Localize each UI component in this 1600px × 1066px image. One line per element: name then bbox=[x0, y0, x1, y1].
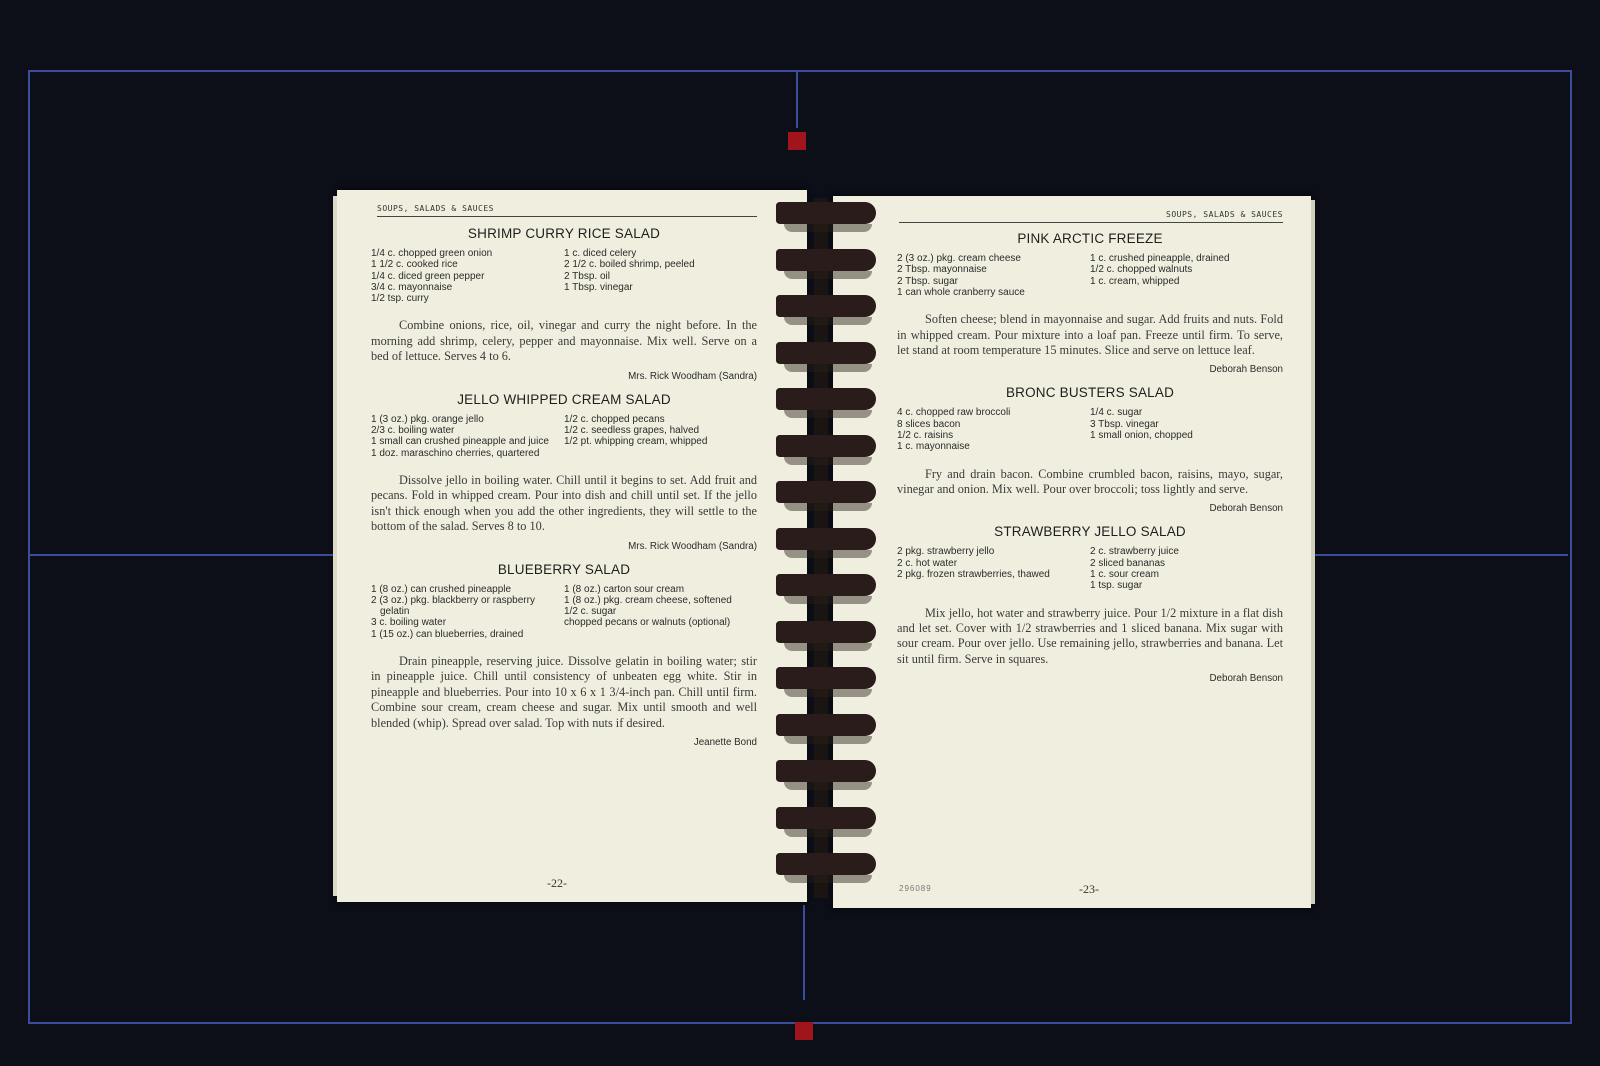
coil-shadow bbox=[784, 457, 872, 465]
ingredient-item: 1/4 c. chopped green onion bbox=[371, 248, 564, 259]
coil-loop bbox=[776, 621, 876, 643]
ingredient-list: 1 (3 oz.) pkg. orange jello2/3 c. boilin… bbox=[371, 414, 757, 459]
ingredient-item: 2 c. strawberry juice bbox=[1090, 546, 1283, 557]
coil-shadow bbox=[784, 829, 872, 837]
mid-guide-right bbox=[1312, 554, 1568, 556]
coil-loop bbox=[776, 528, 876, 550]
ingredient-column-right: 1/4 c. sugar3 Tbsp. vinegar1 small onion… bbox=[1090, 407, 1283, 452]
spiral-coil bbox=[776, 807, 876, 835]
ingredient-item: 1 (3 oz.) pkg. orange jello bbox=[371, 414, 564, 425]
recipe-title: BRONC BUSTERS SALAD bbox=[897, 385, 1283, 400]
coil-loop bbox=[776, 807, 876, 829]
recipe-author: Deborah Benson bbox=[897, 503, 1283, 514]
spiral-coil bbox=[776, 760, 876, 788]
ingredient-item: 1 c. diced celery bbox=[564, 248, 757, 259]
recipe-title: STRAWBERRY JELLO SALAD bbox=[897, 524, 1283, 539]
ingredient-item: 1 doz. maraschino cherries, quartered bbox=[371, 448, 564, 459]
running-header: SOUPS, SALADS & SAUCES bbox=[1166, 210, 1283, 219]
ingredient-column-right: 1 c. diced celery2 1/2 c. boiled shrimp,… bbox=[564, 248, 757, 304]
recipe-directions: Soften cheese; blend in mayonnaise and s… bbox=[897, 312, 1283, 358]
ingredient-item: 2 sliced bananas bbox=[1090, 558, 1283, 569]
ingredient-list: 2 (3 oz.) pkg. cream cheese2 Tbsp. mayon… bbox=[897, 253, 1283, 298]
coil-shadow bbox=[784, 782, 872, 790]
ingredient-item: 1 (8 oz.) carton sour cream bbox=[564, 584, 757, 595]
header-rule bbox=[899, 222, 1283, 223]
ingredient-item: 1 1/2 c. cooked rice bbox=[371, 259, 564, 270]
ingredient-item: 1/2 c. chopped walnuts bbox=[1090, 264, 1283, 275]
ingredient-item: 1 can whole cranberry sauce bbox=[897, 287, 1090, 298]
coil-shadow bbox=[784, 503, 872, 511]
ingredient-item: 1 Tbsp. vinegar bbox=[564, 282, 757, 293]
recipe-directions: Mix jello, hot water and strawberry juic… bbox=[897, 606, 1283, 668]
recipe-block: JELLO WHIPPED CREAM SALAD1 (3 oz.) pkg. … bbox=[371, 392, 757, 552]
running-header: SOUPS, SALADS & SAUCES bbox=[377, 204, 494, 213]
coil-loop bbox=[776, 202, 876, 224]
spiral-coil bbox=[776, 202, 876, 230]
coil-shadow bbox=[784, 317, 872, 325]
coil-shadow bbox=[784, 689, 872, 697]
coil-loop bbox=[776, 760, 876, 782]
ingredient-column-left: 1 (8 oz.) can crushed pineapple2 (3 oz.)… bbox=[371, 584, 564, 640]
coil-shadow bbox=[784, 224, 872, 232]
ingredient-item: 3/4 c. mayonnaise bbox=[371, 282, 564, 293]
ingredient-item: 1/4 c. diced green pepper bbox=[371, 271, 564, 282]
recipe-title: JELLO WHIPPED CREAM SALAD bbox=[371, 392, 757, 407]
recipe-directions: Dissolve jello in boiling water. Chill u… bbox=[371, 473, 757, 535]
recipe-column: SHRIMP CURRY RICE SALAD1/4 c. chopped gr… bbox=[371, 226, 757, 758]
ingredient-item: 1 c. crushed pineapple, drained bbox=[1090, 253, 1283, 264]
ingredient-item: 1/2 pt. whipping cream, whipped bbox=[564, 436, 757, 447]
ingredient-column-right: 2 c. strawberry juice2 sliced bananas1 c… bbox=[1090, 546, 1283, 591]
ingredient-item: 3 Tbsp. vinegar bbox=[1090, 419, 1283, 430]
ingredient-item: 1 (8 oz.) can crushed pineapple bbox=[371, 584, 564, 595]
recipe-author: Jeanette Bond bbox=[371, 737, 757, 748]
right-page: SOUPS, SALADS & SAUCES PINK ARCTIC FREEZ… bbox=[833, 196, 1311, 908]
ingredient-item: 2 c. hot water bbox=[897, 558, 1090, 569]
ingredient-item: 2 pkg. strawberry jello bbox=[897, 546, 1090, 557]
ingredient-item: 2 (3 oz.) pkg. blackberry or raspberry g… bbox=[371, 595, 564, 618]
ingredient-column-left: 1 (3 oz.) pkg. orange jello2/3 c. boilin… bbox=[371, 414, 564, 459]
spiral-coil bbox=[776, 621, 876, 649]
ingredient-item: 1/2 c. sugar bbox=[564, 606, 757, 617]
ingredient-item: 1 tsp. sugar bbox=[1090, 580, 1283, 591]
coil-loop bbox=[776, 295, 876, 317]
ingredient-list: 1 (8 oz.) can crushed pineapple2 (3 oz.)… bbox=[371, 584, 757, 640]
recipe-block: STRAWBERRY JELLO SALAD2 pkg. strawberry … bbox=[897, 524, 1283, 684]
spiral-coil bbox=[776, 667, 876, 695]
coil-loop bbox=[776, 249, 876, 271]
ingredient-list: 4 c. chopped raw broccoli8 slices bacon1… bbox=[897, 407, 1283, 452]
mid-guide-left bbox=[28, 554, 340, 556]
spiral-coil bbox=[776, 714, 876, 742]
spiral-coil bbox=[776, 435, 876, 463]
ingredient-item: 2 Tbsp. mayonnaise bbox=[897, 264, 1090, 275]
coil-shadow bbox=[784, 364, 872, 372]
ingredient-column-right: 1 (8 oz.) carton sour cream1 (8 oz.) pkg… bbox=[564, 584, 757, 640]
registration-marker-top bbox=[788, 132, 806, 150]
spiral-coil bbox=[776, 295, 876, 323]
recipe-title: BLUEBERRY SALAD bbox=[371, 562, 757, 577]
recipe-column: PINK ARCTIC FREEZE2 (3 oz.) pkg. cream c… bbox=[897, 231, 1283, 694]
coil-loop bbox=[776, 853, 876, 875]
coil-shadow bbox=[784, 410, 872, 418]
spiral-coil bbox=[776, 481, 876, 509]
ingredient-item: 1 small onion, chopped bbox=[1090, 430, 1283, 441]
recipe-author: Mrs. Rick Woodham (Sandra) bbox=[371, 371, 757, 382]
ingredient-list: 2 pkg. strawberry jello2 c. hot water2 p… bbox=[897, 546, 1283, 591]
ingredient-item: 4 c. chopped raw broccoli bbox=[897, 407, 1090, 418]
ingredient-item: 1/2 tsp. curry bbox=[371, 293, 564, 304]
coil-shadow bbox=[784, 271, 872, 279]
spiral-coil bbox=[776, 249, 876, 277]
spiral-coil bbox=[776, 388, 876, 416]
ingredient-item: 2 (3 oz.) pkg. cream cheese bbox=[897, 253, 1090, 264]
ingredient-item: 1 c. sour cream bbox=[1090, 569, 1283, 580]
ingredient-item: 2 pkg. frozen strawberries, thawed bbox=[897, 569, 1090, 580]
coil-loop bbox=[776, 667, 876, 689]
recipe-block: BLUEBERRY SALAD1 (8 oz.) can crushed pin… bbox=[371, 562, 757, 749]
ingredient-item: 1/2 c. seedless grapes, halved bbox=[564, 425, 757, 436]
spiral-coil bbox=[776, 342, 876, 370]
coil-shadow bbox=[784, 550, 872, 558]
coil-loop bbox=[776, 342, 876, 364]
coil-loop bbox=[776, 435, 876, 457]
spiral-coil bbox=[776, 528, 876, 556]
ingredient-column-left: 2 pkg. strawberry jello2 c. hot water2 p… bbox=[897, 546, 1090, 591]
ingredient-item: 2 Tbsp. oil bbox=[564, 271, 757, 282]
ingredient-list: 1/4 c. chopped green onion1 1/2 c. cooke… bbox=[371, 248, 757, 304]
ingredient-column-left: 4 c. chopped raw broccoli8 slices bacon1… bbox=[897, 407, 1090, 452]
coil-loop bbox=[776, 388, 876, 410]
recipe-directions: Combine onions, rice, oil, vinegar and c… bbox=[371, 318, 757, 364]
ingredient-item: 1 (8 oz.) pkg. cream cheese, softened bbox=[564, 595, 757, 606]
ingredient-item: 1/4 c. sugar bbox=[1090, 407, 1283, 418]
coil-loop bbox=[776, 574, 876, 596]
left-page: SOUPS, SALADS & SAUCES SHRIMP CURRY RICE… bbox=[337, 190, 807, 902]
page-number: -22- bbox=[547, 876, 567, 891]
coil-shadow bbox=[784, 596, 872, 604]
page-number: -23- bbox=[1079, 882, 1099, 897]
header-rule bbox=[377, 216, 757, 217]
coil-loop bbox=[776, 714, 876, 736]
spiral-coil bbox=[776, 574, 876, 602]
recipe-title: SHRIMP CURRY RICE SALAD bbox=[371, 226, 757, 241]
ingredient-item: 1 c. mayonnaise bbox=[897, 441, 1090, 452]
recipe-directions: Drain pineapple, reserving juice. Dissol… bbox=[371, 654, 757, 731]
center-guide-bottom bbox=[803, 905, 805, 1000]
ingredient-item: 1/2 c. raisins bbox=[897, 430, 1090, 441]
ingredient-item: 1/2 c. chopped pecans bbox=[564, 414, 757, 425]
ingredient-item: chopped pecans or walnuts (optional) bbox=[564, 617, 757, 628]
recipe-directions: Fry and drain bacon. Combine crumbled ba… bbox=[897, 467, 1283, 498]
recipe-block: BRONC BUSTERS SALAD4 c. chopped raw broc… bbox=[897, 385, 1283, 514]
recipe-block: PINK ARCTIC FREEZE2 (3 oz.) pkg. cream c… bbox=[897, 231, 1283, 375]
ingredient-item: 8 slices bacon bbox=[897, 419, 1090, 430]
recipe-author: Deborah Benson bbox=[897, 673, 1283, 684]
ingredient-item: 1 (15 oz.) can blueberries, drained bbox=[371, 629, 564, 640]
ingredient-column-left: 2 (3 oz.) pkg. cream cheese2 Tbsp. mayon… bbox=[897, 253, 1090, 298]
ingredient-item: 2/3 c. boiling water bbox=[371, 425, 564, 436]
spiral-coil bbox=[776, 853, 876, 881]
ingredient-item: 2 Tbsp. sugar bbox=[897, 276, 1090, 287]
ingredient-item: 2 1/2 c. boiled shrimp, peeled bbox=[564, 259, 757, 270]
ingredient-item: 1 c. cream, whipped bbox=[1090, 276, 1283, 287]
registration-marker-bottom bbox=[795, 1022, 813, 1040]
coil-shadow bbox=[784, 875, 872, 883]
center-guide-top bbox=[796, 70, 798, 128]
ingredient-item: 1 small can crushed pineapple and juice bbox=[371, 436, 564, 447]
publisher-code: 296089 bbox=[899, 884, 932, 893]
ingredient-item: 3 c. boiling water bbox=[371, 617, 564, 628]
coil-shadow bbox=[784, 643, 872, 651]
recipe-author: Mrs. Rick Woodham (Sandra) bbox=[371, 541, 757, 552]
ingredient-column-left: 1/4 c. chopped green onion1 1/2 c. cooke… bbox=[371, 248, 564, 304]
recipe-title: PINK ARCTIC FREEZE bbox=[897, 231, 1283, 246]
coil-loop bbox=[776, 481, 876, 503]
coil-shadow bbox=[784, 736, 872, 744]
recipe-block: SHRIMP CURRY RICE SALAD1/4 c. chopped gr… bbox=[371, 226, 757, 382]
recipe-author: Deborah Benson bbox=[897, 364, 1283, 375]
ingredient-column-right: 1 c. crushed pineapple, drained1/2 c. ch… bbox=[1090, 253, 1283, 298]
ingredient-column-right: 1/2 c. chopped pecans1/2 c. seedless gra… bbox=[564, 414, 757, 459]
